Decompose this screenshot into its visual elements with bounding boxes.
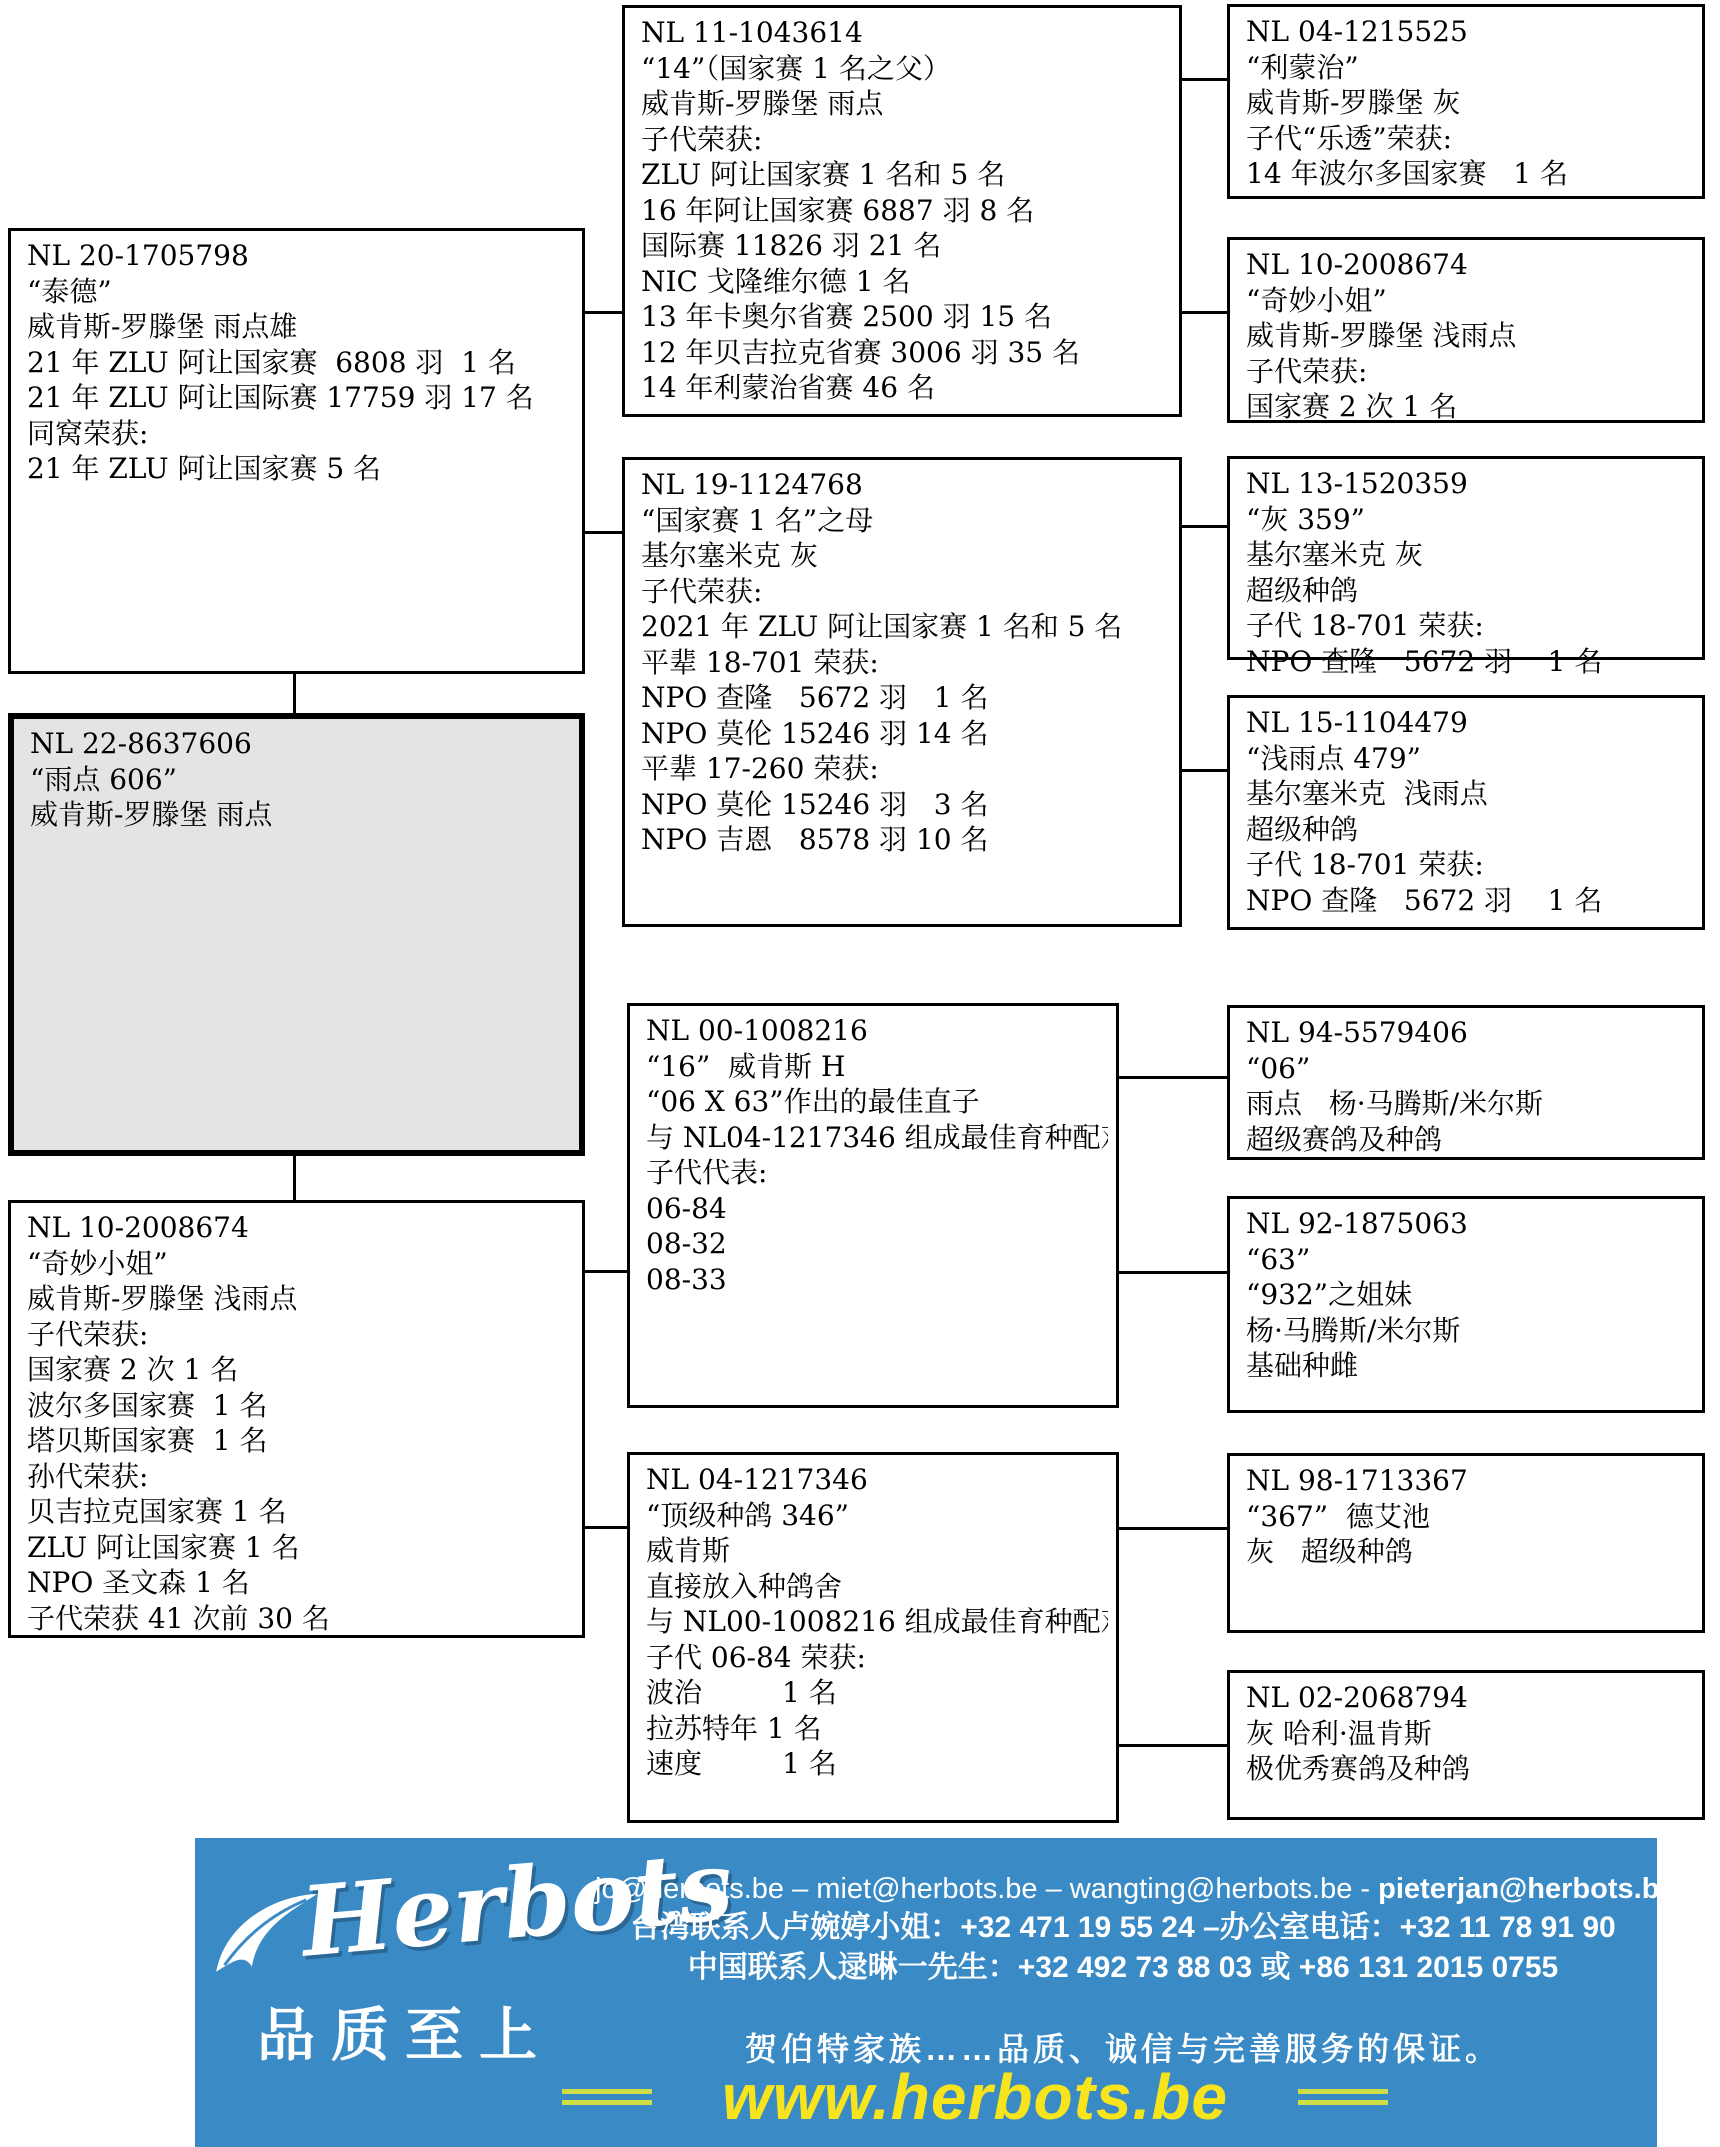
pedigree-line: 威肯斯-罗滕堡 浅雨点 — [27, 1281, 574, 1317]
herbots-footer-banner: Herbots 品质至上 jo@herbots.be – miet@herbot… — [195, 1838, 1657, 2147]
pedigree-line: 12 年贝吉拉克省赛 3006 羽 35 名 — [641, 335, 1171, 371]
pedigree-line: “奇妙小姐” — [27, 1246, 574, 1282]
pedigree-line: 子代荣获: — [27, 1317, 574, 1353]
connector-line — [585, 1526, 627, 1529]
pedigree-box-sire-dam: NL 19-1124768“国家赛 1 名”之母基尔塞米克 灰子代荣获:2021… — [622, 457, 1182, 927]
pedigree-line: 子代 06-84 荣获: — [646, 1640, 1108, 1676]
pedigree-line: NPO 莫伦 15246 羽 14 名 — [641, 716, 1171, 752]
pedigree-line: NIC 戈隆维尔德 1 名 — [641, 264, 1171, 300]
pedigree-line: NL 10-2008674 — [1246, 247, 1694, 283]
pedigree-box-dam-dam: NL 04-1217346“顶级种鸽 346”威肯斯直接放入种鸽舍与 NL00-… — [627, 1452, 1119, 1823]
pedigree-line: 14 年波尔多国家赛 1 名 — [1246, 156, 1694, 192]
pedigree-line: 16 年阿让国家赛 6887 羽 8 名 — [641, 193, 1171, 229]
pedigree-line: NL 15-1104479 — [1246, 705, 1694, 741]
pedigree-line: NPO 查隆 5672 羽 1 名 — [1246, 883, 1694, 919]
pedigree-line: 贝吉拉克国家赛 1 名 — [27, 1494, 574, 1530]
pedigree-line: NL 10-2008674 — [27, 1210, 574, 1246]
pedigree-line: 灰 哈利·温肯斯 — [1246, 1716, 1694, 1752]
website-url: www.herbots.be — [722, 2060, 1228, 2134]
pedigree-box-dam-sire: NL 00-1008216“16” 威肯斯 H“06 X 63”作出的最佳直子与… — [627, 1003, 1119, 1408]
pedigree-line: 13 年卡奥尔省赛 2500 羽 15 名 — [641, 299, 1171, 335]
pedigree-line: 子代代表: — [646, 1155, 1108, 1191]
pedigree-line: 14 年利蒙治省赛 46 名 — [641, 370, 1171, 406]
pedigree-line: NL 00-1008216 — [646, 1013, 1108, 1049]
pedigree-line: “浅雨点 479” — [1246, 741, 1694, 777]
pedigree-line: 21 年 ZLU 阿让国家赛 5 名 — [27, 451, 574, 487]
pedigree-line: NL 11-1043614 — [641, 15, 1171, 51]
pedigree-line: 灰 超级种鸽 — [1246, 1534, 1694, 1570]
pedigree-line: NPO 圣文森 1 名 — [27, 1565, 574, 1601]
pedigree-line: NPO 吉恩 8578 羽 10 名 — [641, 822, 1171, 858]
pedigree-line: 基础种雌 — [1246, 1348, 1694, 1384]
pedigree-line: 孙代荣获: — [27, 1459, 574, 1495]
pedigree-line: “367” 德艾池 — [1246, 1499, 1694, 1535]
connector-line — [1119, 1527, 1227, 1530]
pedigree-line: 超级种鸽 — [1246, 573, 1694, 609]
pedigree-line: “14”（国家赛 1 名之父） — [641, 51, 1171, 87]
pedigree-line: 威肯斯-罗滕堡 雨点雄 — [27, 309, 574, 345]
pedigree-line: 21 年 ZLU 阿让国际赛 17759 羽 17 名 — [27, 380, 574, 416]
pedigree-line: NL 94-5579406 — [1246, 1015, 1694, 1051]
pedigree-line: 极优秀赛鸽及种鸽 — [1246, 1751, 1694, 1787]
pedigree-line: 杨·马腾斯/米尔斯 — [1246, 1313, 1694, 1349]
pedigree-line: 与 NL00-1008216 组成最佳育种配对 — [646, 1604, 1108, 1640]
pedigree-line: 21 年 ZLU 阿让国家赛 6808 羽 1 名 — [27, 345, 574, 381]
pedigree-line: “灰 359” — [1246, 502, 1694, 538]
pedigree-line: 与 NL04-1217346 组成最佳育种配对 — [646, 1120, 1108, 1156]
pedigree-line: “利蒙治” — [1246, 50, 1694, 86]
contact-block: jo@herbots.be – miet@herbots.be – wangti… — [595, 1838, 1651, 1988]
pedigree-line: NPO 莫伦 15246 羽 3 名 — [641, 787, 1171, 823]
pigeon-pedigree-chart: NL 20-1705798“泰德”威肯斯-罗滕堡 雨点雄21 年 ZLU 阿让国… — [0, 0, 1720, 2147]
pedigree-line: “雨点 606” — [30, 762, 571, 798]
pedigree-line: 同窝荣获: — [27, 416, 574, 452]
pedigree-line: “泰德” — [27, 274, 574, 310]
pedigree-line: NL 92-1875063 — [1246, 1206, 1694, 1242]
pedigree-line: 子代 18-701 荣获: — [1246, 608, 1694, 644]
pedigree-line: 拉苏特年 1 名 — [646, 1711, 1108, 1747]
pedigree-line: 子代“乐透”荣获: — [1246, 121, 1694, 157]
connector-line — [1182, 769, 1227, 772]
pedigree-line: 波尔多国家赛 1 名 — [27, 1388, 574, 1424]
pedigree-line: 塔贝斯国家赛 1 名 — [27, 1423, 574, 1459]
connector-line — [1119, 1076, 1227, 1079]
emails-regular: jo@herbots.be – miet@herbots.be – wangti… — [595, 1873, 1378, 1905]
pedigree-box-sire-sire-sire: NL 04-1215525“利蒙治”威肯斯-罗滕堡 灰子代“乐透”荣获:14 年… — [1227, 4, 1705, 199]
pedigree-line: NL 04-1217346 — [646, 1462, 1108, 1498]
pedigree-line: 威肯斯-罗滕堡 雨点 — [30, 797, 571, 833]
pedigree-box-sire-dam-sire: NL 13-1520359“灰 359”基尔塞米克 灰超级种鸽子代 18-701… — [1227, 456, 1705, 660]
pedigree-line: 国家赛 2 次 1 名 — [27, 1352, 574, 1388]
pedigree-line: 国家赛 2 次 1 名 — [1246, 389, 1694, 425]
equals-decoration-right — [1298, 2089, 1388, 2105]
pedigree-line: 威肯斯-罗滕堡 雨点 — [641, 86, 1171, 122]
pedigree-line: “63” — [1246, 1242, 1694, 1278]
pedigree-box-dam-dam-dam: NL 02-2068794灰 哈利·温肯斯极优秀赛鸽及种鸽 — [1227, 1670, 1705, 1820]
connector-line — [585, 1270, 627, 1273]
pedigree-box-sire-sire-dam: NL 10-2008674“奇妙小姐”威肯斯-罗滕堡 浅雨点子代荣获:国家赛 2… — [1227, 237, 1705, 423]
pedigree-line: 子代荣获: — [641, 574, 1171, 610]
contact-taiwan: 台湾联系人卢婉婷小姐：+32 471 19 55 24 –办公室电话：+32 1… — [595, 1908, 1651, 1948]
pedigree-line: 平辈 18-701 荣获: — [641, 645, 1171, 681]
pedigree-line: NL 04-1215525 — [1246, 14, 1694, 50]
pedigree-line: 国际赛 11826 羽 21 名 — [641, 228, 1171, 264]
pedigree-box-sire-dam-dam: NL 15-1104479“浅雨点 479”基尔塞米克 浅雨点超级种鸽子代 18… — [1227, 695, 1705, 930]
email-line: jo@herbots.be – miet@herbots.be – wangti… — [595, 1870, 1651, 1908]
pedigree-box-sire-sire: NL 11-1043614“14”（国家赛 1 名之父）威肯斯-罗滕堡 雨点子代… — [622, 5, 1182, 417]
pedigree-line: 平辈 17-260 荣获: — [641, 751, 1171, 787]
pedigree-line: 2021 年 ZLU 阿让国家赛 1 名和 5 名 — [641, 609, 1171, 645]
pedigree-line: 波治 1 名 — [646, 1675, 1108, 1711]
connector-line — [1182, 311, 1227, 314]
pedigree-line: “06” — [1246, 1051, 1694, 1087]
pedigree-line: “932”之姐妹 — [1246, 1277, 1694, 1313]
pedigree-line: 基尔塞米克 浅雨点 — [1246, 776, 1694, 812]
pedigree-box-dam-dam-sire: NL 98-1713367“367” 德艾池灰 超级种鸽 — [1227, 1453, 1705, 1633]
pedigree-line: 08-32 — [646, 1226, 1108, 1262]
connector-line — [585, 531, 622, 534]
pedigree-line: 直接放入种鸽舍 — [646, 1569, 1108, 1605]
pedigree-line: NPO 查隆 5672 羽 1 名 — [641, 680, 1171, 716]
connector-line — [1119, 1744, 1227, 1747]
pedigree-line: ZLU 阿让国家赛 1 名和 5 名 — [641, 157, 1171, 193]
pedigree-line: “奇妙小姐” — [1246, 283, 1694, 319]
pedigree-line: 子代荣获: — [1246, 354, 1694, 390]
pedigree-line: 威肯斯 — [646, 1533, 1108, 1569]
pedigree-line: “顶级种鸽 346” — [646, 1498, 1108, 1534]
connector-line — [1182, 78, 1227, 81]
connector-line — [1182, 525, 1227, 528]
pedigree-line: NL 13-1520359 — [1246, 466, 1694, 502]
pedigree-line: NL 98-1713367 — [1246, 1463, 1694, 1499]
pedigree-line: 子代荣获 41 次前 30 名 — [27, 1601, 574, 1637]
pedigree-line: 基尔塞米克 灰 — [1246, 537, 1694, 573]
pedigree-line: 超级赛鸽及种鸽 — [1246, 1122, 1694, 1158]
pedigree-line: NL 22-8637606 — [30, 726, 571, 762]
pedigree-box-dam-sire-dam: NL 92-1875063“63”“932”之姐妹杨·马腾斯/米尔斯基础种雌 — [1227, 1196, 1705, 1413]
pedigree-line: NL 02-2068794 — [1246, 1680, 1694, 1716]
connector-line — [293, 674, 296, 713]
pedigree-box-subject: NL 22-8637606“雨点 606”威肯斯-罗滕堡 雨点 — [8, 713, 585, 1156]
pedigree-line: NL 19-1124768 — [641, 467, 1171, 503]
pedigree-line: 威肯斯-罗滕堡 浅雨点 — [1246, 318, 1694, 354]
pedigree-line: ZLU 阿让国家赛 1 名 — [27, 1530, 574, 1566]
pedigree-line: 08-33 — [646, 1262, 1108, 1298]
pedigree-box-sire: NL 20-1705798“泰德”威肯斯-罗滕堡 雨点雄21 年 ZLU 阿让国… — [8, 228, 585, 674]
pedigree-line: 子代荣获: — [641, 122, 1171, 158]
pedigree-line: 基尔塞米克 灰 — [641, 538, 1171, 574]
pedigree-box-dam-sire-sire: NL 94-5579406“06”雨点 杨·马腾斯/米尔斯超级赛鸽及种鸽 — [1227, 1005, 1705, 1160]
emails-bold: pieterjan@herbots.be — [1378, 1873, 1675, 1905]
website-row: www.herbots.be — [375, 2060, 1575, 2134]
connector-line — [1119, 1271, 1227, 1274]
equals-decoration-left — [562, 2089, 652, 2105]
pedigree-line: “国家赛 1 名”之母 — [641, 503, 1171, 539]
pedigree-line: NL 20-1705798 — [27, 238, 574, 274]
pedigree-box-dam: NL 10-2008674“奇妙小姐”威肯斯-罗滕堡 浅雨点子代荣获:国家赛 2… — [8, 1200, 585, 1638]
pedigree-line: 子代 18-701 荣获: — [1246, 847, 1694, 883]
pedigree-line: 威肯斯-罗滕堡 灰 — [1246, 85, 1694, 121]
pedigree-line: 超级种鸽 — [1246, 812, 1694, 848]
pedigree-line: NPO 查隆 5672 羽 1 名 — [1246, 644, 1694, 680]
pedigree-line: “16” 威肯斯 H — [646, 1049, 1108, 1085]
connector-line — [585, 311, 622, 314]
pedigree-line: “06 X 63”作出的最佳直子 — [646, 1084, 1108, 1120]
pedigree-line: 06-84 — [646, 1191, 1108, 1227]
contact-china: 中国联系人逯晽一先生：+32 492 73 88 03 或 +86 131 20… — [595, 1948, 1651, 1988]
pedigree-line: 雨点 杨·马腾斯/米尔斯 — [1246, 1086, 1694, 1122]
connector-line — [293, 1156, 296, 1200]
pedigree-line: 速度 1 名 — [646, 1746, 1108, 1782]
